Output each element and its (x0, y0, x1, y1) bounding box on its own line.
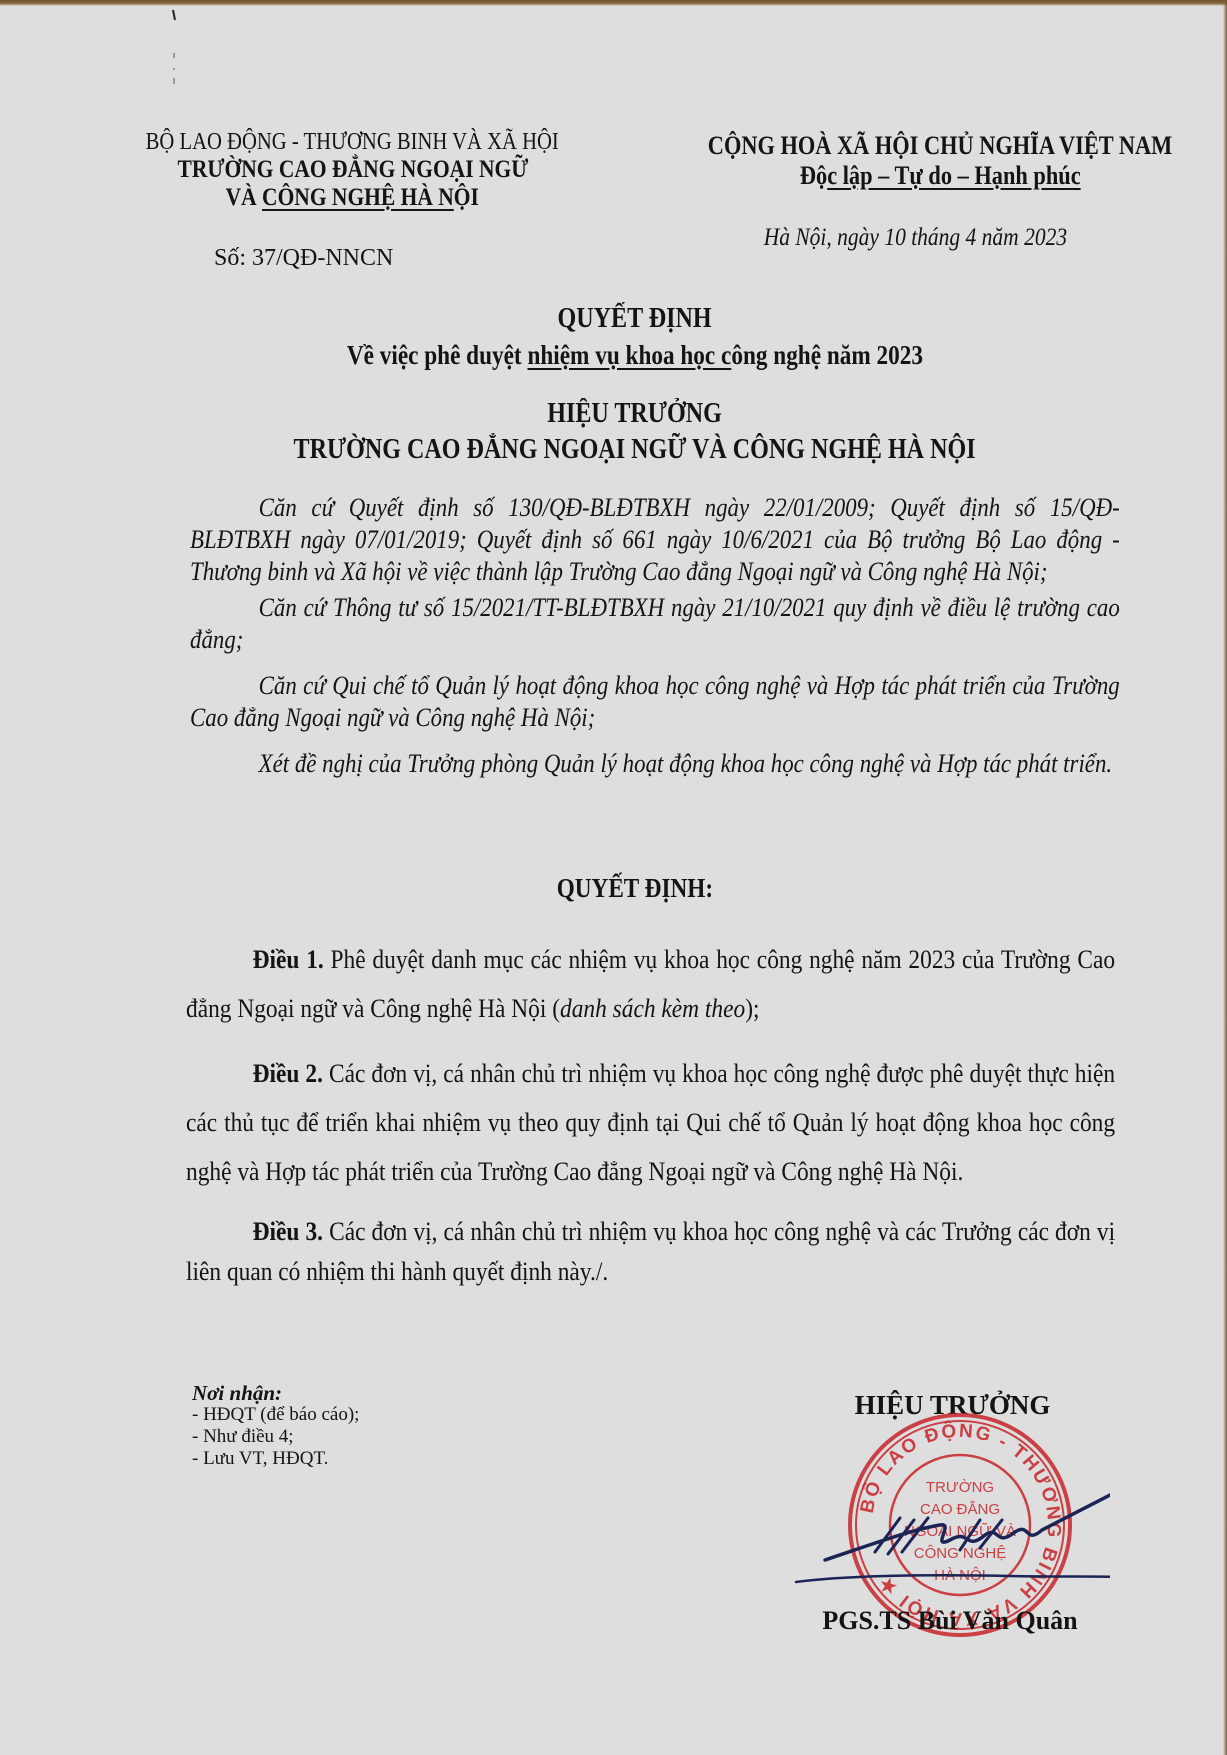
issue-date: Hà Nội, ngày 10 tháng 4 năm 2023 (680, 224, 1150, 252)
document-page: BỘ LAO ĐỘNG - THƯƠNG BINH VÀ XÃ HỘI TRƯỜ… (0, 0, 1227, 1755)
recipient-item: - Lưu VT, HĐQT. (192, 1448, 359, 1470)
article-1: Điều 1. Phê duyệt danh mục các nhiệm vụ … (186, 935, 1116, 1033)
basis-paragraph: Căn cứ Quyết định số 130/QĐ-BLĐTBXH ngày… (190, 492, 1125, 588)
ministry-name: BỘ LAO ĐỘNG - THƯƠNG BINH VÀ XÃ HỘI (146, 128, 559, 156)
basis-paragraph: Xét đề nghị của Trưởng phòng Quản lý hoạ… (190, 748, 1125, 780)
document-title: QUYẾT ĐỊNH Về việc phê duyệt nhiệm vụ kh… (150, 300, 1120, 374)
recipients-list: Nơi nhận: - HĐQT (để báo cáo); - Như điề… (192, 1382, 359, 1470)
basis-paragraph: Căn cứ Thông tư số 15/2021/TT-BLĐTBXH ng… (190, 592, 1125, 656)
recipient-item: - HĐQT (để báo cáo); (192, 1404, 359, 1426)
doc-type: QUYẾT ĐỊNH (558, 300, 712, 337)
legal-basis: Căn cứ Quyết định số 130/QĐ-BLĐTBXH ngày… (190, 492, 1125, 780)
authority-block: HIỆU TRƯỞNG TRƯỜNG CAO ĐẲNG NGOẠI NGỮ VÀ… (150, 396, 1120, 468)
basis-paragraph: Căn cứ Qui chế tổ Quản lý hoạt động khoa… (190, 670, 1125, 734)
document-number: Số: 37/QĐ-NNCN (214, 245, 393, 272)
ink-speck-mark (170, 8, 178, 88)
school-name-line1: TRƯỜNG CAO ĐẲNG NGOẠI NGỮ (177, 156, 528, 184)
doc-subject: Về việc phê duyệt nhiệm vụ khoa học công… (347, 337, 923, 374)
handwritten-signature (780, 1490, 1110, 1600)
nation-name: CỘNG HOÀ XÃ HỘI CHỦ NGHĨA VIỆT NAM (708, 131, 1172, 161)
recipients-heading: Nơi nhận: (192, 1382, 359, 1404)
articles: Điều 1. Phê duyệt danh mục các nhiệm vụ … (186, 935, 1116, 1308)
issuer-header: BỘ LAO ĐỘNG - THƯƠNG BINH VÀ XÃ HỘI TRƯỜ… (80, 128, 625, 212)
article-3: Điều 3. Các đơn vị, cá nhân chủ trì nhiệ… (186, 1212, 1116, 1292)
recipient-item: - Như điều 4; (192, 1426, 359, 1448)
authority-school: TRƯỜNG CAO ĐẲNG NGOẠI NGỮ VÀ CÔNG NGHỆ H… (294, 432, 976, 468)
article-2: Điều 2. Các đơn vị, cá nhân chủ trì nhiệ… (186, 1049, 1116, 1196)
school-name-line2: VÀ CÔNG NGHỆ HÀ NỘI (226, 184, 479, 212)
authority-title: HIỆU TRƯỞNG (548, 396, 723, 432)
signer-name: PGS.TS Bùi Văn Quân (780, 1606, 1120, 1636)
national-motto: Độc lập – Tự do – Hạnh phúc (800, 161, 1081, 191)
decision-heading: QUYẾT ĐỊNH: (150, 873, 1120, 904)
national-header: CỘNG HOÀ XÃ HỘI CHỦ NGHĨA VIỆT NAM Độc l… (665, 131, 1215, 191)
